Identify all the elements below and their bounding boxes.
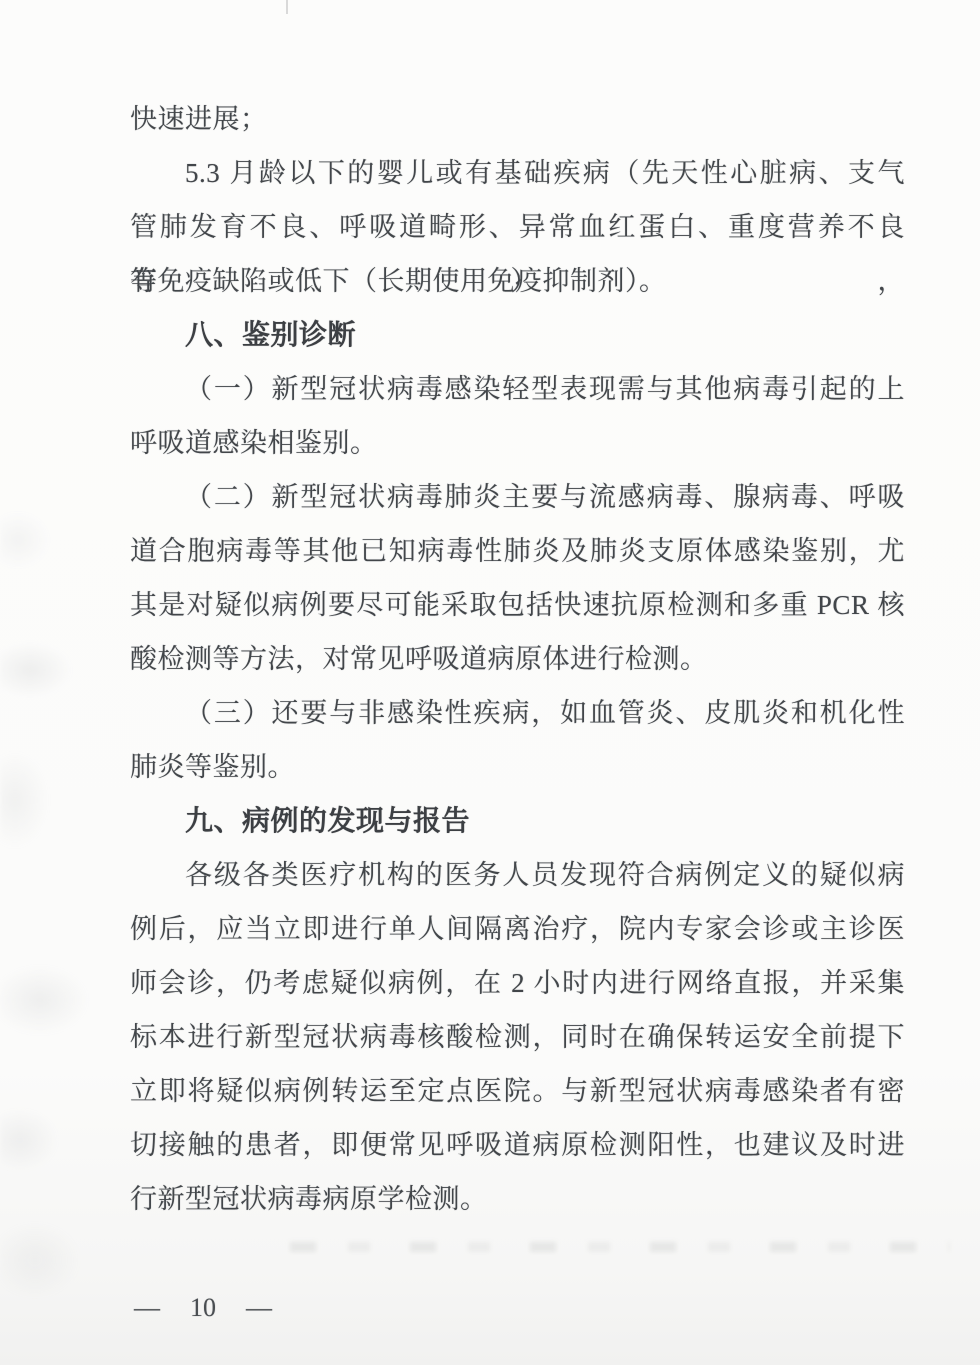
text-line: 例后，应当立即进行单人间隔离治疗，院内专家会诊或主诊医 [130,902,905,956]
footer-dash-right: — [246,1293,272,1323]
text-line: 各级各类医疗机构的医务人员发现符合病例定义的疑似病 [130,848,905,902]
text-line: 管肺发育不良、呼吸道畸形、异常血红蛋白、重度营养不良等）， [130,200,905,254]
text-line: 师会诊，仍考虑疑似病例，在 2 小时内进行网络直报，并采集 [130,956,905,1010]
document-page: 快速进展；5.3 月龄以下的婴儿或有基础疾病（先天性心脏病、支气管肺发育不良、呼… [0,0,980,1365]
section-heading: 八、鉴别诊断 [130,308,905,362]
text-line: 呼吸道感染相鉴别。 [130,416,905,470]
text-line: 标本进行新型冠状病毒核酸检测，同时在确保转运安全前提下 [130,1010,905,1064]
footer-dash-left: — [134,1293,160,1323]
scan-noise-left-margin [0,240,130,1365]
page-footer: — 10 — [134,1293,272,1323]
text-line: 肺炎等鉴别。 [130,740,905,794]
text-line: （二）新型冠状病毒肺炎主要与流感病毒、腺病毒、呼吸 [130,470,905,524]
text-line: 酸检测等方法，对常见呼吸道病原体进行检测。 [130,632,905,686]
page-number: 10 [190,1293,216,1323]
scan-bleedthrough-band [290,1242,950,1252]
text-line: 切接触的患者，即便常见呼吸道病原检测阳性，也建议及时进 [130,1118,905,1172]
text-line: 5.3 月龄以下的婴儿或有基础疾病（先天性心脏病、支气 [130,146,905,200]
text-line: 行新型冠状病毒病原学检测。 [130,1172,905,1226]
text-line: （三）还要与非感染性疾病，如血管炎、皮肌炎和机化性 [130,686,905,740]
text-line: （一）新型冠状病毒感染轻型表现需与其他病毒引起的上 [130,362,905,416]
section-heading: 九、病例的发现与报告 [130,794,905,848]
document-body: 快速进展；5.3 月龄以下的婴儿或有基础疾病（先天性心脏病、支气管肺发育不良、呼… [130,92,905,1226]
text-line: 立即将疑似病例转运至定点医院。与新型冠状病毒感染者有密 [130,1064,905,1118]
text-line: 其是对疑似病例要尽可能采取包括快速抗原检测和多重 PCR 核 [130,578,905,632]
text-line: 道合胞病毒等其他已知病毒性肺炎及肺炎支原体感染鉴别，尤 [130,524,905,578]
text-line: 快速进展； [130,92,905,146]
scan-artifact-line [286,0,288,14]
